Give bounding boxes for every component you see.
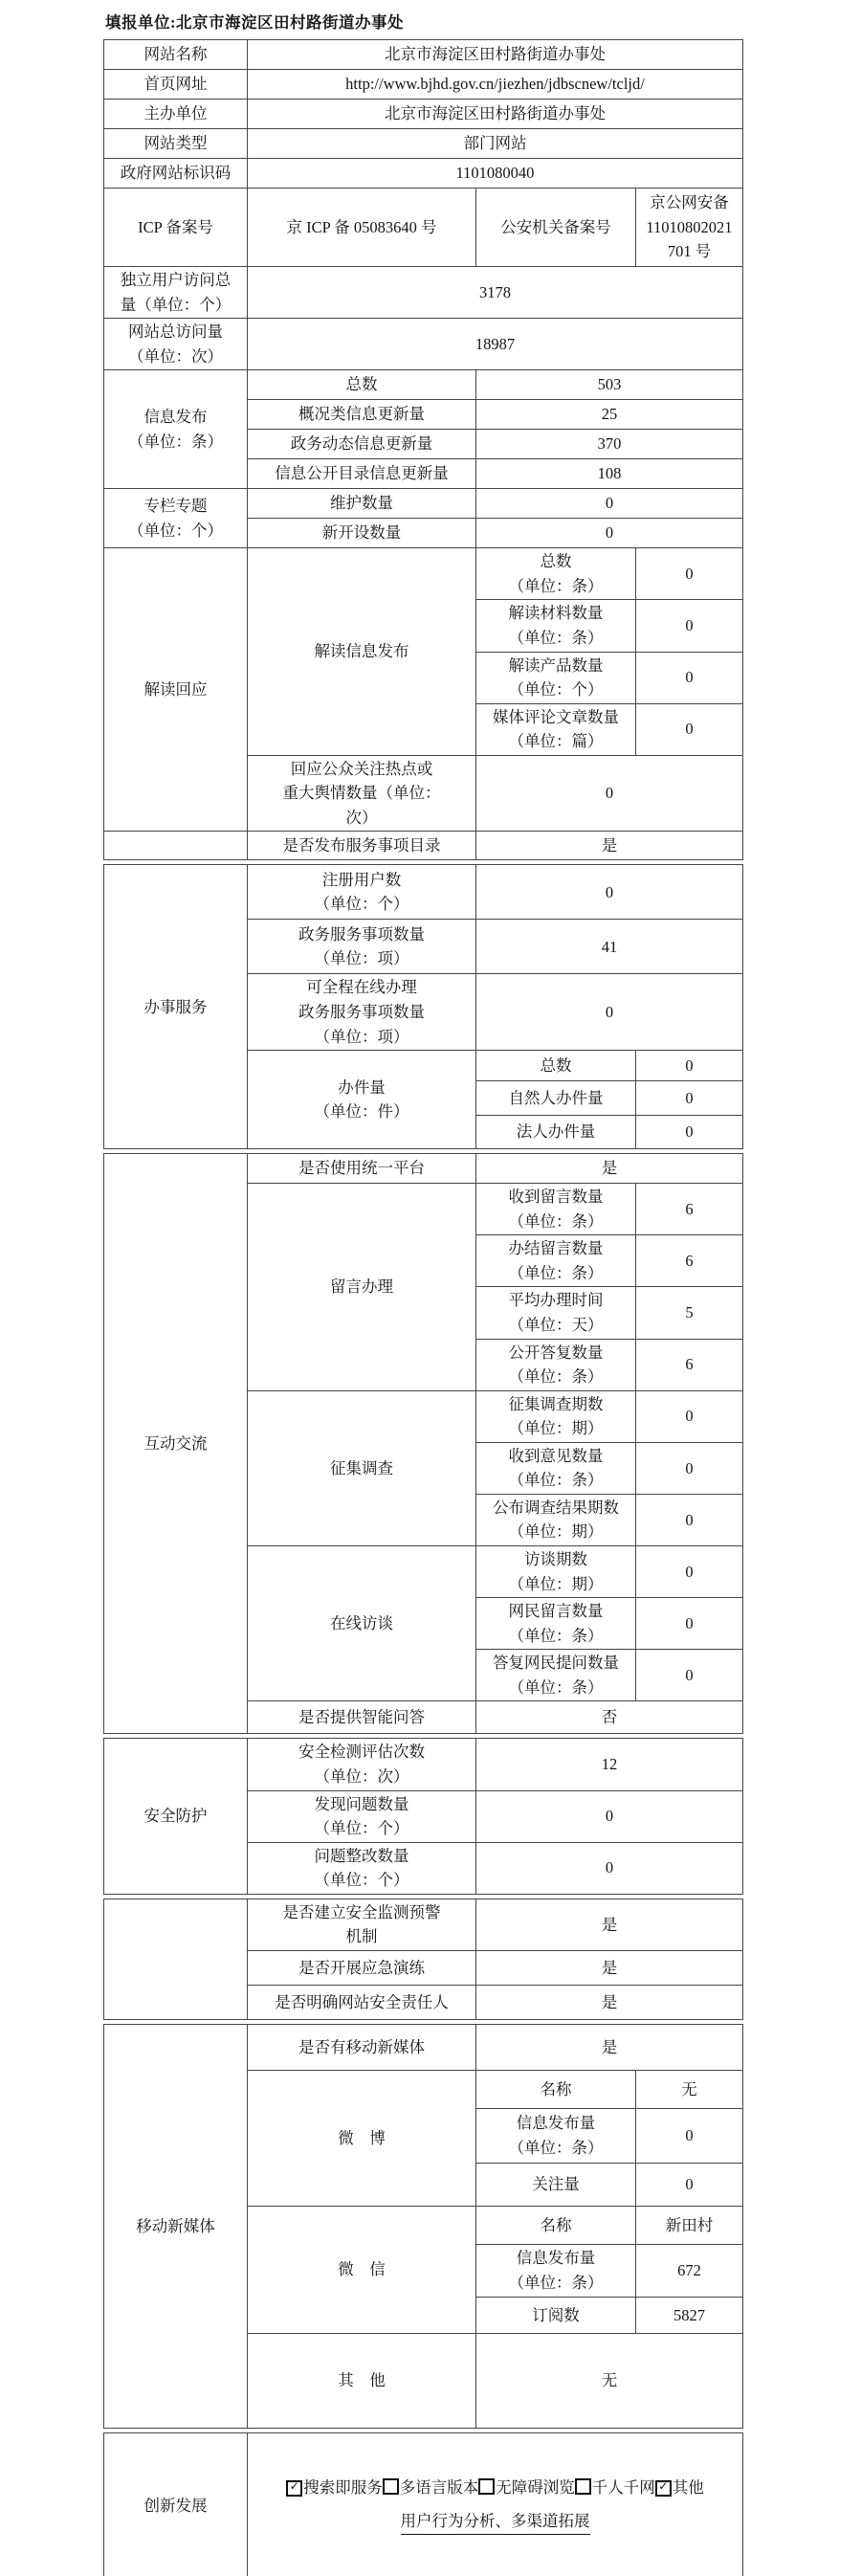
innovation-option-label: 千人千网 bbox=[592, 2478, 655, 2497]
interaction-row-value: 0 bbox=[636, 1494, 743, 1545]
survey-group-label: 征集调查 bbox=[248, 1390, 476, 1545]
info-publish-row-value: 25 bbox=[476, 400, 743, 430]
wechat-row-label: 订阅数 bbox=[476, 2297, 636, 2333]
columns-section-label: 专栏专题 （单位：个） bbox=[104, 489, 248, 548]
interaction-row-label: 网民留言数量 （单位：条） bbox=[476, 1598, 636, 1650]
sponsor-value: 北京市海淀区田村路街道办事处 bbox=[248, 100, 743, 129]
info-publish-row-label: 信息公开目录信息更新量 bbox=[248, 459, 476, 489]
site-type-value: 部门网站 bbox=[248, 129, 743, 159]
interaction-row-label: 公开答复数量 （单位：条） bbox=[476, 1339, 636, 1390]
total-visits-label: 网站总访问量 （单位：次） bbox=[104, 319, 248, 370]
report-unit-title: 填报单位:北京市海淀区田村路街道办事处 bbox=[105, 10, 742, 33]
report-page: 填报单位:北京市海淀区田村路街道办事处 网站名称 北京市海淀区田村路街道办事处 … bbox=[0, 0, 861, 2576]
empty-cell bbox=[104, 832, 248, 860]
icp-value: 京 ICP 备 05083640 号 bbox=[248, 189, 476, 267]
weibo-row-value: 0 bbox=[636, 2108, 743, 2163]
table-row: 网站总访问量 （单位：次） 18987 bbox=[104, 319, 743, 370]
smart-qa-value: 否 bbox=[476, 1701, 743, 1734]
innovation-section-label: 创新发展 bbox=[104, 2432, 248, 2576]
checkbox-checked-icon: ✓ bbox=[286, 2480, 302, 2497]
cases-row-value: 0 bbox=[636, 1081, 743, 1116]
checkbox-unchecked-icon bbox=[575, 2478, 591, 2495]
service-row-label: 政务服务事项数量 （单位：项） bbox=[248, 920, 476, 974]
weibo-group-label: 微 博 bbox=[248, 2070, 476, 2206]
wechat-row-value: 5827 bbox=[636, 2297, 743, 2333]
table-row: 安全防护 安全检测评估次数 （单位：次） 12 bbox=[104, 1739, 743, 1790]
message-handling-group-label: 留言办理 bbox=[248, 1184, 476, 1391]
interaction-row-value: 0 bbox=[636, 1546, 743, 1598]
innovation-option: ✓其他 bbox=[655, 2478, 704, 2497]
innovation-option: 无障碍浏览 bbox=[478, 2478, 575, 2497]
innovation-option-label: 搜索即服务 bbox=[303, 2478, 383, 2497]
interpret-row-label: 媒体评论文章数量 （单位：篇） bbox=[476, 703, 636, 755]
interaction-row-label: 答复网民提问数量 （单位：条） bbox=[476, 1650, 636, 1701]
cases-row-label: 自然人办件量 bbox=[476, 1081, 636, 1116]
innovation-option-label: 其他 bbox=[673, 2478, 704, 2497]
unique-visitors-value: 3178 bbox=[248, 267, 743, 319]
site-name-value: 北京市海淀区田村路街道办事处 bbox=[248, 40, 743, 70]
interpret-row-label: 解读材料数量 （单位：条） bbox=[476, 600, 636, 652]
security-flag-value: 是 bbox=[476, 1985, 743, 2019]
info-publish-row-label: 政务动态信息更新量 bbox=[248, 430, 476, 459]
innovation-option: 多语言版本 bbox=[383, 2478, 479, 2497]
info-publish-section-label: 信息发布 （单位：条） bbox=[104, 370, 248, 489]
interaction-row-value: 0 bbox=[636, 1598, 743, 1650]
checkbox-unchecked-icon bbox=[478, 2478, 495, 2495]
site-name-label: 网站名称 bbox=[104, 40, 248, 70]
online-interview-group-label: 在线访谈 bbox=[248, 1546, 476, 1701]
table-row: 办事服务 注册用户数 （单位：个） 0 bbox=[104, 865, 743, 920]
police-record-label: 公安机关备案号 bbox=[476, 189, 636, 267]
mobile-media-table: 移动新媒体 是否有移动新媒体 是 微 博 名称 无 信息发布量 （单位：条） 0… bbox=[103, 2024, 743, 2429]
table-row: 政府网站标识码 1101080040 bbox=[104, 159, 743, 189]
columns-row-label: 新开设数量 bbox=[248, 519, 476, 548]
service-row-value: 0 bbox=[476, 974, 743, 1051]
has-mobile-media-value: 是 bbox=[476, 2024, 743, 2070]
interaction-section-label: 互动交流 bbox=[104, 1154, 248, 1734]
interpret-row-value: 0 bbox=[636, 600, 743, 652]
mobile-section-label: 移动新媒体 bbox=[104, 2024, 248, 2428]
cases-row-value: 0 bbox=[636, 1051, 743, 1081]
smart-qa-label: 是否提供智能问答 bbox=[248, 1701, 476, 1734]
info-publish-row-value: 108 bbox=[476, 459, 743, 489]
table-row: 网站类型 部门网站 bbox=[104, 129, 743, 159]
interaction-row-value: 6 bbox=[636, 1184, 743, 1235]
interaction-row-value: 0 bbox=[636, 1390, 743, 1442]
security-section-label: 安全防护 bbox=[104, 1739, 248, 1894]
interpret-row-value: 0 bbox=[636, 652, 743, 703]
interaction-row-label: 访谈期数 （单位：期） bbox=[476, 1546, 636, 1598]
interaction-row-label: 收到意见数量 （单位：条） bbox=[476, 1442, 636, 1494]
home-url-value: http://www.bjhd.gov.cn/jiezhen/jdbscnew/… bbox=[248, 70, 743, 100]
columns-row-value: 0 bbox=[476, 519, 743, 548]
security-row-value: 0 bbox=[476, 1842, 743, 1894]
innovation-other-note: 用户行为分析、多渠道拓展 bbox=[401, 2509, 590, 2536]
info-publish-row-value: 370 bbox=[476, 430, 743, 459]
service-directory-value: 是 bbox=[476, 832, 743, 860]
interpret-row-value: 0 bbox=[636, 703, 743, 755]
table-row: ICP 备案号 京 ICP 备 05083640 号 公安机关备案号 京公网安备… bbox=[104, 189, 743, 267]
table-row: 是否建立安全监测预警 机制 是 bbox=[104, 1899, 743, 1950]
weibo-row-value: 无 bbox=[636, 2070, 743, 2108]
table-row: 独立用户访问总 量（单位：个） 3178 bbox=[104, 267, 743, 319]
security-flag-value: 是 bbox=[476, 1899, 743, 1950]
interaction-row-value: 6 bbox=[636, 1235, 743, 1287]
table-row: 网站名称 北京市海淀区田村路街道办事处 bbox=[104, 40, 743, 70]
site-code-value: 1101080040 bbox=[248, 159, 743, 189]
report-document: 填报单位:北京市海淀区田村路街道办事处 网站名称 北京市海淀区田村路街道办事处 … bbox=[103, 10, 742, 2576]
weibo-row-label: 关注量 bbox=[476, 2163, 636, 2206]
security-row-label: 发现问题数量 （单位：个） bbox=[248, 1790, 476, 1842]
security-flags-table: 是否建立安全监测预警 机制 是 是否开展应急演练 是 是否明确网站安全责任人 是 bbox=[103, 1899, 743, 2020]
cases-row-label: 法人办件量 bbox=[476, 1116, 636, 1149]
security-flag-label: 是否建立安全监测预警 机制 bbox=[248, 1899, 476, 1950]
columns-row-label: 维护数量 bbox=[248, 489, 476, 519]
unified-platform-value: 是 bbox=[476, 1154, 743, 1184]
interaction-row-label: 征集调查期数 （单位：期） bbox=[476, 1390, 636, 1442]
info-publish-row-label: 概况类信息更新量 bbox=[248, 400, 476, 430]
interaction-row-value: 0 bbox=[636, 1442, 743, 1494]
interpret-row-label: 解读产品数量 （单位：个） bbox=[476, 652, 636, 703]
wechat-row-label: 名称 bbox=[476, 2206, 636, 2244]
security-row-label: 安全检测评估次数 （单位：次） bbox=[248, 1739, 476, 1790]
info-publish-row-value: 503 bbox=[476, 370, 743, 400]
weibo-row-label: 名称 bbox=[476, 2070, 636, 2108]
interpret-row-value: 0 bbox=[636, 548, 743, 600]
security-table: 安全防护 安全检测评估次数 （单位：次） 12 发现问题数量 （单位：个） 0 … bbox=[103, 1738, 743, 1894]
police-record-value: 京公网安备 11010802021 701 号 bbox=[636, 189, 743, 267]
security-row-label: 问题整改数量 （单位：个） bbox=[248, 1842, 476, 1894]
service-row-label: 注册用户数 （单位：个） bbox=[248, 865, 476, 920]
sponsor-label: 主办单位 bbox=[104, 100, 248, 129]
innovation-table: 创新发展 ✓搜索即服务多语言版本无障碍浏览千人千网✓其他 用户行为分析、多渠道拓… bbox=[103, 2432, 743, 2576]
innovation-option: 千人千网 bbox=[575, 2478, 655, 2497]
icp-label: ICP 备案号 bbox=[104, 189, 248, 267]
table-row: 首页网址 http://www.bjhd.gov.cn/jiezhen/jdbs… bbox=[104, 70, 743, 100]
interaction-row-label: 办结留言数量 （单位：条） bbox=[476, 1235, 636, 1287]
checkbox-checked-icon: ✓ bbox=[655, 2480, 672, 2497]
table-row: 移动新媒体 是否有移动新媒体 是 bbox=[104, 2024, 743, 2070]
innovation-content-cell: ✓搜索即服务多语言版本无障碍浏览千人千网✓其他 用户行为分析、多渠道拓展 bbox=[248, 2432, 743, 2576]
table-row: 专栏专题 （单位：个） 维护数量 0 bbox=[104, 489, 743, 519]
security-row-value: 0 bbox=[476, 1790, 743, 1842]
innovation-option-label: 无障碍浏览 bbox=[496, 2478, 575, 2497]
interpret-section-label: 解读回应 bbox=[104, 548, 248, 832]
interaction-row-label: 收到留言数量 （单位：条） bbox=[476, 1184, 636, 1235]
security-flag-label: 是否明确网站安全责任人 bbox=[248, 1985, 476, 2019]
security-flag-label: 是否开展应急演练 bbox=[248, 1950, 476, 1985]
home-url-label: 首页网址 bbox=[104, 70, 248, 100]
other-media-label: 其 他 bbox=[248, 2333, 476, 2428]
checkbox-unchecked-icon bbox=[383, 2478, 399, 2495]
service-directory-label: 是否发布服务事项目录 bbox=[248, 832, 476, 860]
wechat-group-label: 微 信 bbox=[248, 2206, 476, 2333]
service-section-label: 办事服务 bbox=[104, 865, 248, 1149]
table-row: 信息发布 （单位：条） 总数 503 bbox=[104, 370, 743, 400]
interaction-table: 互动交流 是否使用统一平台 是 留言办理 收到留言数量 （单位：条） 6 办结留… bbox=[103, 1153, 743, 1734]
wechat-row-value: 672 bbox=[636, 2244, 743, 2297]
unique-visitors-label: 独立用户访问总 量（单位：个） bbox=[104, 267, 248, 319]
basic-info-table: 网站名称 北京市海淀区田村路街道办事处 首页网址 http://www.bjhd… bbox=[103, 39, 743, 860]
interpret-group-label: 解读信息发布 bbox=[248, 548, 476, 756]
security-flag-value: 是 bbox=[476, 1950, 743, 1985]
columns-row-value: 0 bbox=[476, 489, 743, 519]
hotspot-response-value: 0 bbox=[476, 755, 743, 832]
site-code-label: 政府网站标识码 bbox=[104, 159, 248, 189]
total-visits-value: 18987 bbox=[248, 319, 743, 370]
table-row: 主办单位 北京市海淀区田村路街道办事处 bbox=[104, 100, 743, 129]
weibo-row-label: 信息发布量 （单位：条） bbox=[476, 2108, 636, 2163]
table-row: 解读回应 解读信息发布 总数 （单位：条） 0 bbox=[104, 548, 743, 600]
cases-row-value: 0 bbox=[636, 1116, 743, 1149]
unified-platform-label: 是否使用统一平台 bbox=[248, 1154, 476, 1184]
interaction-row-label: 平均办理时间 （单位：天） bbox=[476, 1287, 636, 1339]
innovation-checkbox-row: ✓搜索即服务多语言版本无障碍浏览千人千网✓其他 bbox=[252, 2476, 739, 2500]
interpret-row-label: 总数 （单位：条） bbox=[476, 548, 636, 600]
interaction-row-value: 0 bbox=[636, 1650, 743, 1701]
table-row: 是否发布服务事项目录 是 bbox=[104, 832, 743, 860]
info-publish-row-label: 总数 bbox=[248, 370, 476, 400]
has-mobile-media-label: 是否有移动新媒体 bbox=[248, 2024, 476, 2070]
innovation-option-label: 多语言版本 bbox=[400, 2478, 479, 2497]
empty-cell bbox=[104, 1899, 248, 2019]
hotspot-response-label: 回应公众关注热点或 重大舆情数量（单位： 次） bbox=[248, 755, 476, 832]
table-row: 互动交流 是否使用统一平台 是 bbox=[104, 1154, 743, 1184]
interaction-row-label: 公布调查结果期数 （单位：期） bbox=[476, 1494, 636, 1545]
table-row: 创新发展 ✓搜索即服务多语言版本无障碍浏览千人千网✓其他 用户行为分析、多渠道拓… bbox=[104, 2432, 743, 2576]
service-table: 办事服务 注册用户数 （单位：个） 0 政务服务事项数量 （单位：项） 41 可… bbox=[103, 864, 743, 1149]
interaction-row-value: 5 bbox=[636, 1287, 743, 1339]
other-media-value: 无 bbox=[476, 2333, 743, 2428]
cases-group-label: 办件量 （单位：件） bbox=[248, 1051, 476, 1149]
service-row-value: 0 bbox=[476, 865, 743, 920]
service-row-value: 41 bbox=[476, 920, 743, 974]
wechat-row-value: 新田村 bbox=[636, 2206, 743, 2244]
security-row-value: 12 bbox=[476, 1739, 743, 1790]
interaction-row-value: 6 bbox=[636, 1339, 743, 1390]
service-row-label: 可全程在线办理 政务服务事项数量 （单位：项） bbox=[248, 974, 476, 1051]
site-type-label: 网站类型 bbox=[104, 129, 248, 159]
weibo-row-value: 0 bbox=[636, 2163, 743, 2206]
cases-row-label: 总数 bbox=[476, 1051, 636, 1081]
innovation-option: ✓搜索即服务 bbox=[286, 2478, 383, 2497]
wechat-row-label: 信息发布量 （单位：条） bbox=[476, 2244, 636, 2297]
